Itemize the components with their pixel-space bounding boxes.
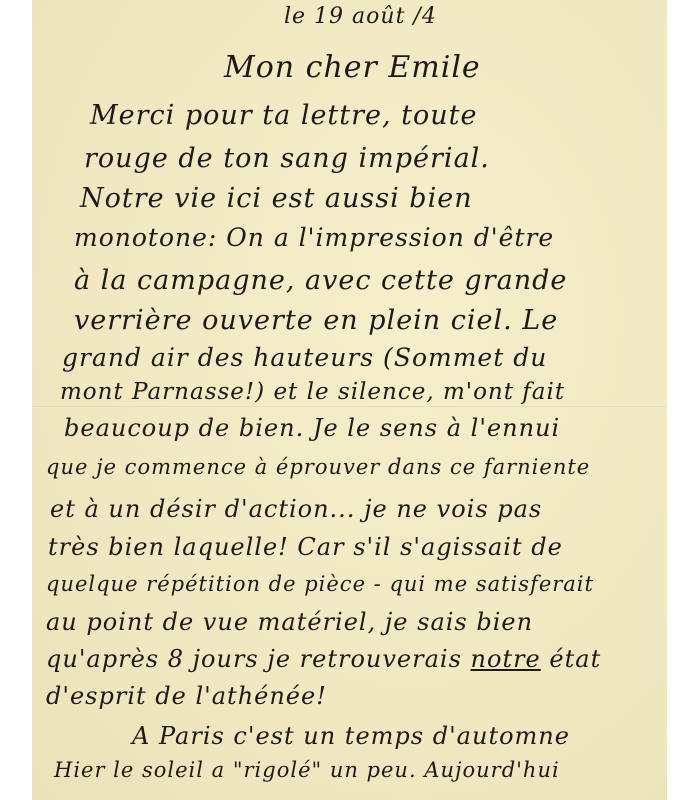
letter-line-18: Hier le soleil a "rigolé" un peu. Aujour… — [54, 758, 560, 782]
letter-line-14: au point de vue matériel, je sais bien — [46, 608, 533, 636]
underlined-word: notre — [471, 645, 541, 673]
letter-line-1: Merci pour ta lettre, toute — [90, 100, 478, 131]
letter-line-17: A Paris c'est un temps d'automne — [132, 722, 570, 750]
letter-paper: le 19 août /4 Mon cher Emile Merci pour … — [32, 0, 667, 800]
letter-salutation: Mon cher Emile — [224, 50, 481, 85]
letter-line-15: qu'après 8 jours je retrouverais notre é… — [46, 645, 601, 673]
letter-line-16: d'esprit de l'athénée! — [46, 682, 327, 710]
letter-line-4: monotone: On a l'impression d'être — [74, 223, 554, 252]
paper-fold-line — [32, 406, 667, 408]
letter-line-3: Notre vie ici est aussi bien — [80, 183, 473, 214]
letter-line-13: quelque répétition de pièce - qui me sat… — [46, 572, 594, 596]
letter-line-8: mont Parnasse!) et le silence, m'ont fai… — [60, 379, 565, 405]
letter-line-2: rouge de ton sang impérial. — [84, 143, 490, 174]
letter-date: le 19 août /4 — [284, 4, 437, 29]
letter-line-11: et à un désir d'action... je ne vois pas — [50, 495, 542, 523]
letter-line-15-text: qu'après 8 jours je retrouverais — [46, 645, 462, 673]
letter-line-9: beaucoup de bien. Je le sens à l'ennui — [64, 414, 560, 442]
letter-line-5: à la campagne, avec cette grande — [74, 265, 567, 296]
letter-line-12: très bien laquelle! Car s'il s'agissait … — [48, 533, 563, 561]
letter-line-10: que je commence à éprouver dans ce farni… — [46, 455, 590, 479]
letter-line-15-tail: état — [549, 645, 601, 673]
letter-line-6: verrière ouverte en plein ciel. Le — [74, 305, 558, 336]
letter-line-7: grand air des hauteurs (Sommet du — [62, 343, 547, 372]
